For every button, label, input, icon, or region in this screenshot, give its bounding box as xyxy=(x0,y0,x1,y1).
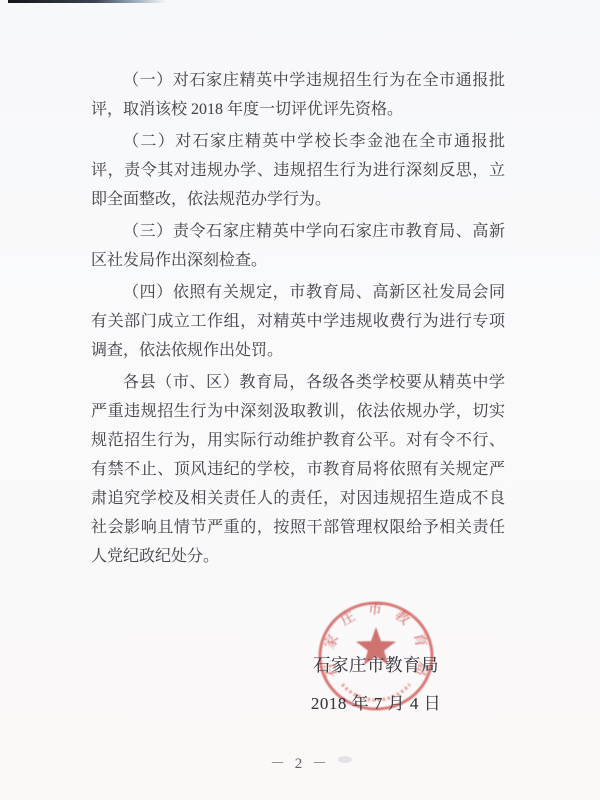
scan-artifact-line xyxy=(8,0,166,3)
signature-agency: 石家庄市教育局 xyxy=(270,652,482,677)
body-paragraph: （一）对石家庄精英中学违规招生行为在全市通报批评，取消该校 2018 年度一切评… xyxy=(91,66,505,124)
body-paragraph: 各县（市、区）教育局，各级各类学校要从精英中学严重违规招生行为中深刻汲取教训，依… xyxy=(91,368,505,571)
document-body: （一）对石家庄精英中学违规招生行为在全市通报批评，取消该校 2018 年度一切评… xyxy=(91,66,505,574)
scan-speckle xyxy=(338,756,352,763)
body-paragraph: （二）对石家庄精英中学校长李金池在全市通报批评，责令其对违规办学、违规招生行为进… xyxy=(91,127,505,214)
body-paragraph: （三）责令石家庄精英中学向石家庄市教育局、高新区社发局作出深刻检查。 xyxy=(91,217,505,275)
signature-date: 2018 年 7 月 4 日 xyxy=(270,689,482,714)
signature-block: 石家庄市教育局 2018 年 7 月 4 日 xyxy=(270,652,482,714)
page-number: － 2 － xyxy=(0,752,600,773)
body-paragraph: （四）依照有关规定，市教育局、高新区社发局会同有关部门成立工作组，对精英中学违规… xyxy=(91,278,505,365)
